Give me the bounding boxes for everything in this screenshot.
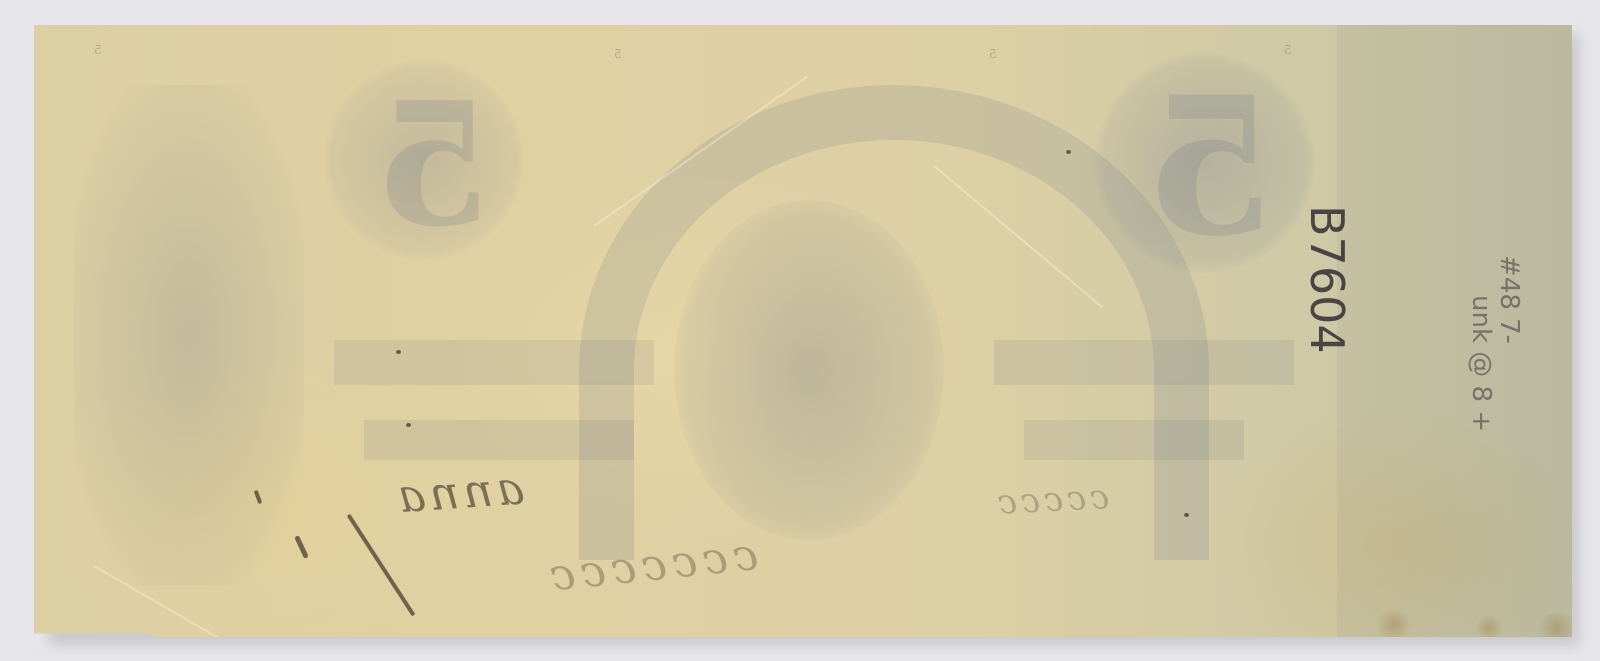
denomination-numeral-left: 5 [374,65,492,265]
ink-spot [406,423,411,427]
foxing-stain [1534,613,1572,637]
pencil-note: #48 7- [1494,255,1524,344]
foxing-stain [1374,610,1414,637]
signature-ink-faint: ccccc [993,477,1110,523]
ink-stroke [347,514,416,617]
banknote: 5 5 5 5 5 5 anna ccccccc ccccc B7604 #48… [34,25,1572,637]
corner-numeral: 5 [94,43,102,57]
left-vignette-showthrough [74,85,304,585]
ink-spot [1066,150,1071,154]
pencil-catalog-number: B7604 [1300,205,1354,354]
ink-spot [396,350,401,354]
ink-spot [1184,513,1189,517]
central-portrait-showthrough [674,200,944,540]
text-band-showthrough [364,420,634,460]
text-band-showthrough [334,340,654,385]
text-band-showthrough [994,340,1294,385]
corner-numeral: 5 [989,47,997,61]
corner-numeral: 5 [614,47,622,61]
foxing-stain [1474,615,1504,637]
text-band-showthrough [1024,420,1244,460]
right-margin-panel [1337,25,1572,637]
signature-ink-faint: ccccccc [542,529,761,602]
pencil-note: unk @ 8 + [1466,295,1496,432]
signature-ink: anna [392,461,526,524]
corner-numeral: 5 [1284,43,1292,57]
